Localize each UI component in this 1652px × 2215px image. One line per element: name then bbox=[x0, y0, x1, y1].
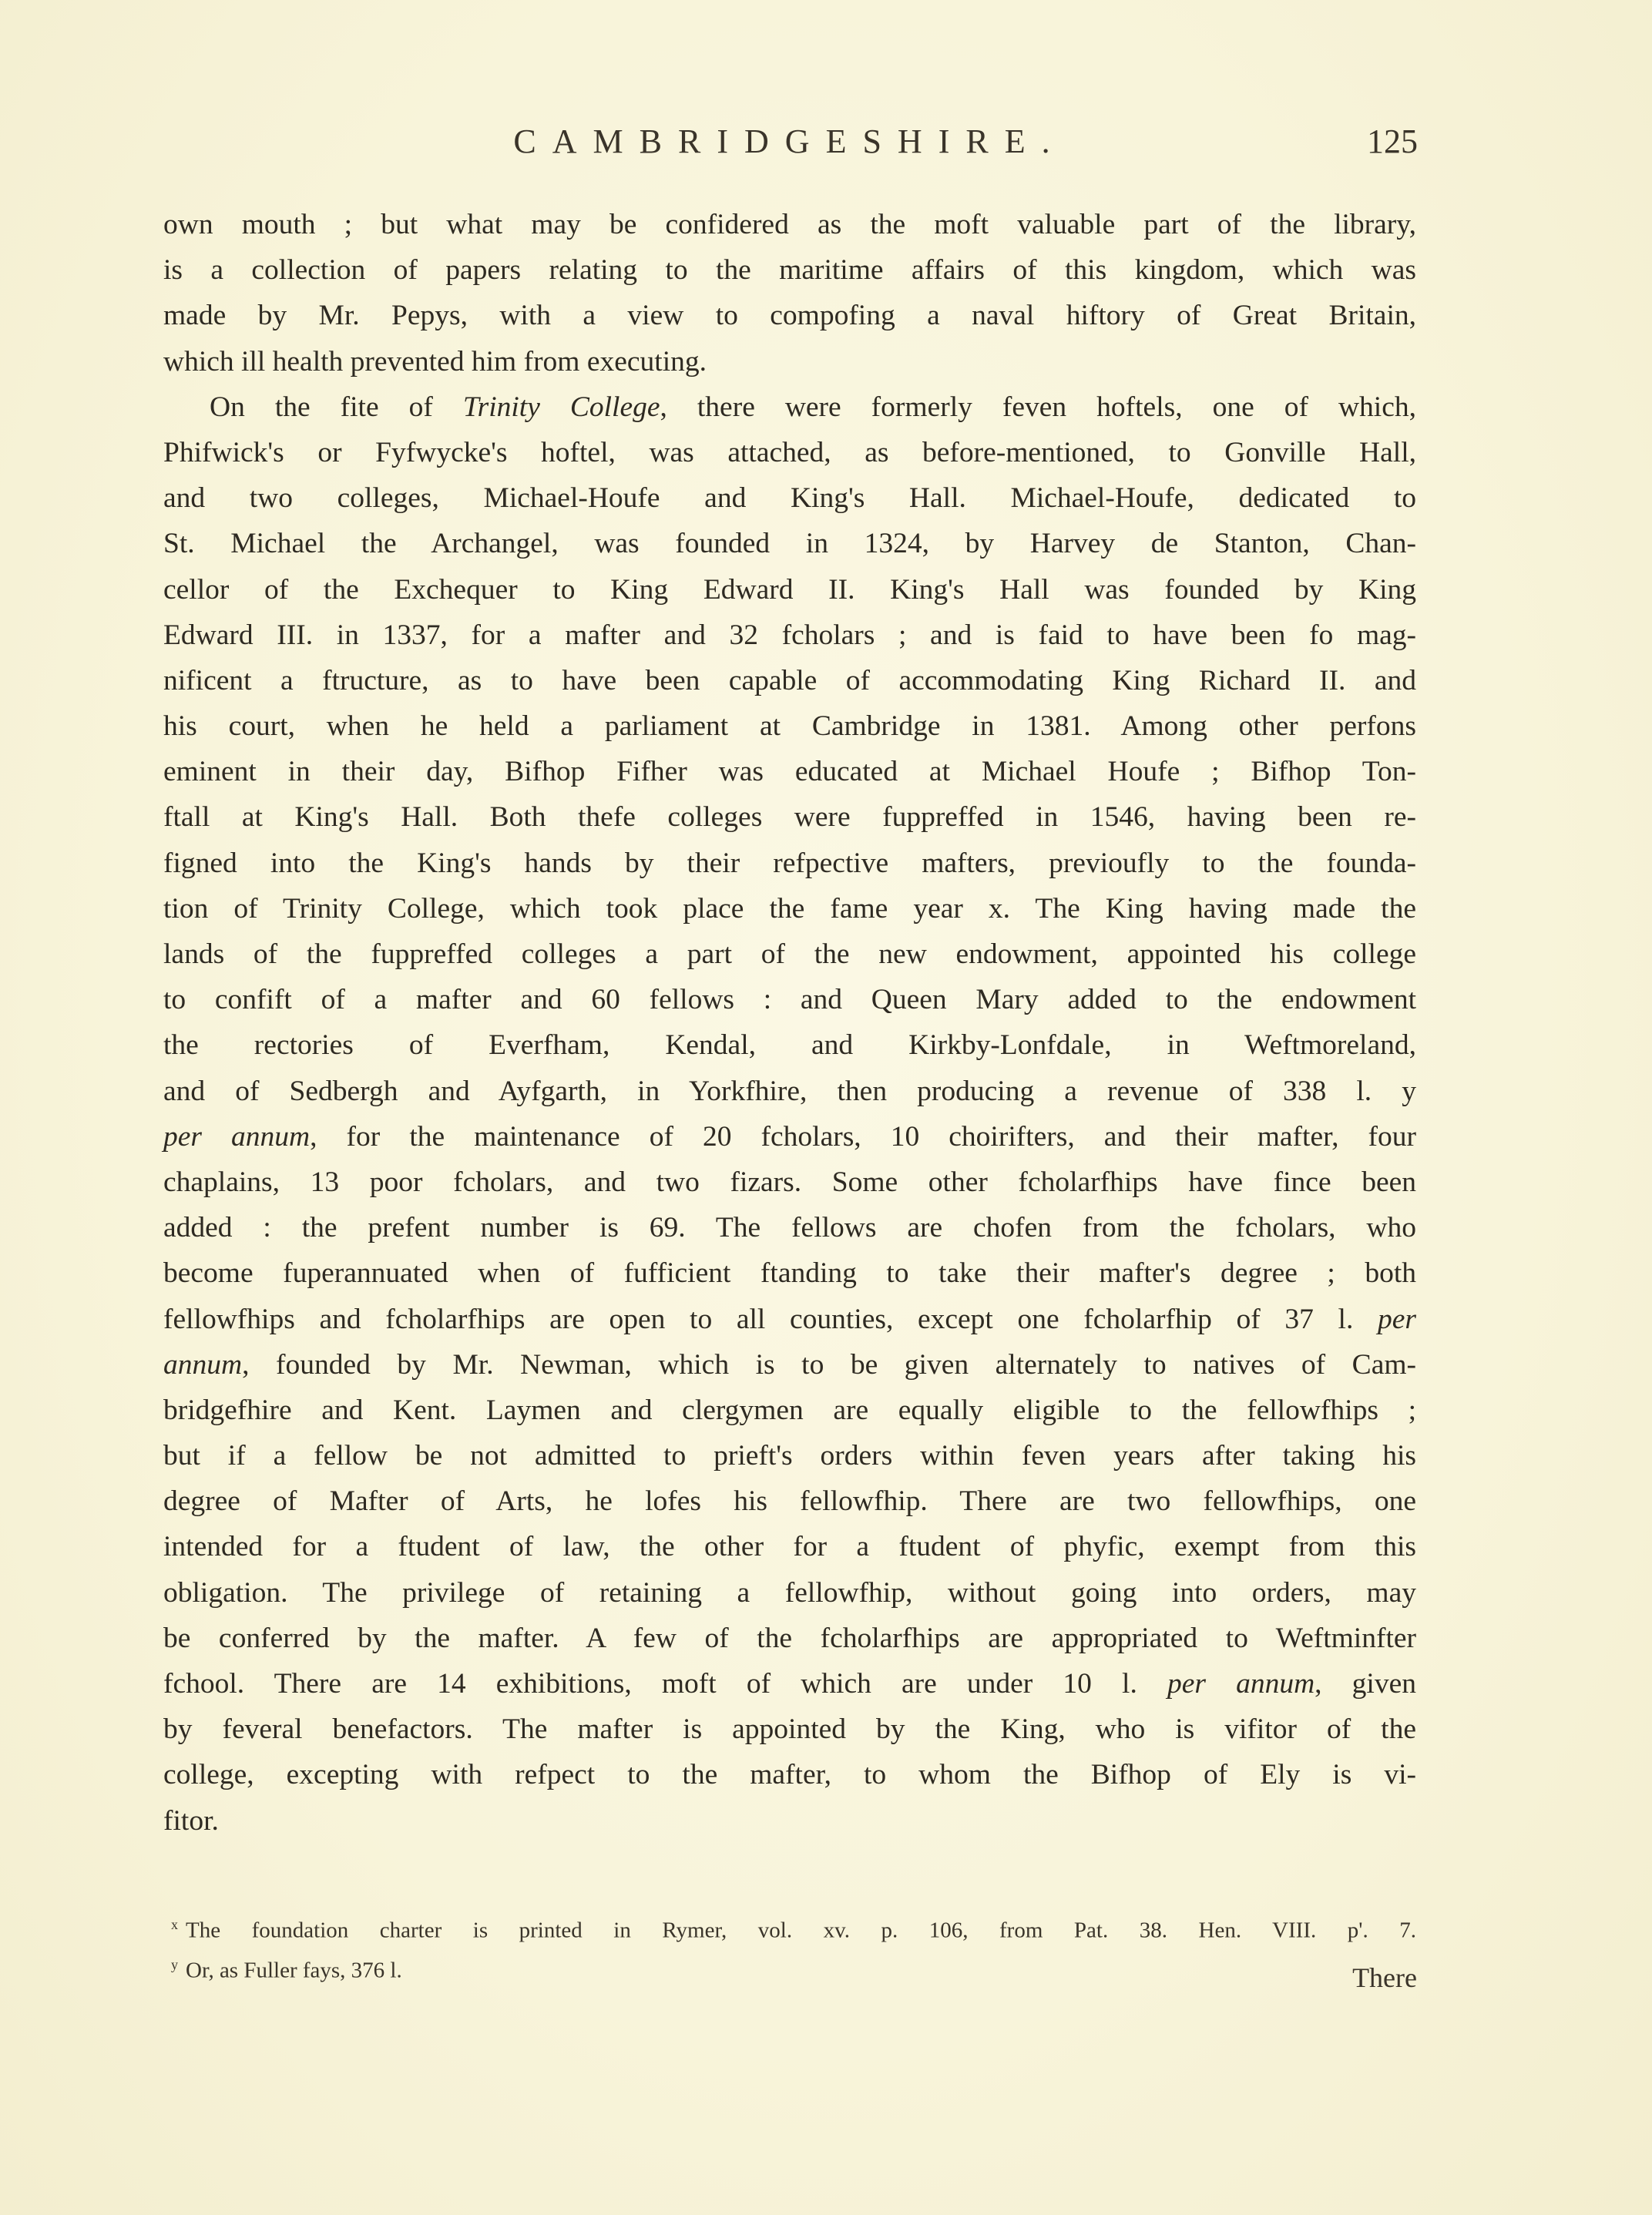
footnote-mark: y bbox=[171, 1957, 178, 1972]
line-text: Edward III. in 1337, for a mafter and 32… bbox=[163, 619, 1416, 651]
line-text: cellor of the Exchequer to King Edward I… bbox=[163, 574, 1416, 606]
text-line: by feveral benefactors. The mafter is ap… bbox=[163, 1707, 1416, 1752]
line-text: and two colleges, Michael-Houfe and King… bbox=[163, 482, 1416, 514]
line-text: figned into the King's hands by their re… bbox=[163, 847, 1416, 879]
line-text: tion of Trinity College, which took plac… bbox=[163, 893, 1416, 925]
italic-text: per bbox=[1378, 1304, 1416, 1335]
footnote-text: The foundation charter is printed in Rym… bbox=[186, 1918, 1416, 1943]
line-text: , given bbox=[1315, 1668, 1416, 1700]
text-line: eminent in their day, Bifhop Fifher was … bbox=[163, 749, 1416, 794]
text-line: be conferred by the mafter. A few of the… bbox=[163, 1616, 1416, 1661]
text-line: lands of the fuppreffed colleges a part … bbox=[163, 931, 1416, 977]
line-text: own mouth ; but what may be confidered a… bbox=[163, 209, 1416, 240]
text-line: college, excepting with refpect to the m… bbox=[163, 1752, 1416, 1797]
italic-text: per annum bbox=[1167, 1668, 1315, 1700]
line-text: Phifwick's or Fyfwycke's hoftel, was att… bbox=[163, 437, 1416, 468]
line-text: lands of the fuppreffed colleges a part … bbox=[163, 938, 1416, 970]
running-head: CAMBRIDGESHIRE. bbox=[162, 122, 1418, 161]
text-line: and of Sedbergh and Ayfgarth, in Yorkfhi… bbox=[163, 1069, 1416, 1114]
catchword: There bbox=[1352, 1962, 1417, 1994]
italic-text: Trinity College bbox=[463, 391, 660, 423]
text-line: is a collection of papers relating to th… bbox=[163, 247, 1416, 293]
text-line: but if a fellow be not admitted to prief… bbox=[163, 1433, 1416, 1478]
line-text: is a collection of papers relating to th… bbox=[163, 254, 1416, 286]
line-text: intended for a ftudent of law, the other… bbox=[163, 1531, 1416, 1562]
text-line: ftall at King's Hall. Both thefe college… bbox=[163, 794, 1416, 840]
line-text: ftall at King's Hall. Both thefe college… bbox=[163, 801, 1416, 833]
text-line: made by Mr. Pepys, with a view to compof… bbox=[163, 293, 1416, 338]
line-text: , founded by Mr. Newman, which is to be … bbox=[242, 1349, 1416, 1381]
footnote-mark: x bbox=[171, 1917, 178, 1932]
footnotes: xThe foundation charter is printed in Ry… bbox=[171, 1908, 1416, 1987]
footnote: yOr, as Fuller fays, 376 l. bbox=[171, 1948, 1416, 1988]
line-text: obligation. The privilege of retaining a… bbox=[163, 1577, 1416, 1609]
line-text: to confift of a mafter and 60 fellows : … bbox=[163, 984, 1416, 1015]
line-text: his court, when he held a parliament at … bbox=[163, 710, 1416, 742]
text-line: per annum, for the maintenance of 20 fch… bbox=[163, 1114, 1416, 1160]
text-line: and two colleges, Michael-Houfe and King… bbox=[163, 475, 1416, 521]
text-line: fitor. bbox=[163, 1798, 1416, 1844]
line-text: be conferred by the mafter. A few of the… bbox=[163, 1623, 1416, 1654]
line-text: eminent in their day, Bifhop Fifher was … bbox=[163, 756, 1416, 787]
line-text: and of Sedbergh and Ayfgarth, in Yorkfhi… bbox=[163, 1076, 1416, 1107]
line-text: chaplains, 13 poor fcholars, and two fiz… bbox=[163, 1166, 1416, 1198]
text-line: nificent a ftructure, as to have been ca… bbox=[163, 658, 1416, 703]
text-line: figned into the King's hands by their re… bbox=[163, 841, 1416, 886]
line-text: , there were formerly feven hoftels, one… bbox=[660, 391, 1416, 423]
text-line: On the fite of Trinity College, there we… bbox=[163, 384, 1416, 430]
text-line: chaplains, 13 poor fcholars, and two fiz… bbox=[163, 1160, 1416, 1205]
text-line: own mouth ; but what may be confidered a… bbox=[163, 202, 1416, 247]
line-text: the rectories of Everfham, Kendal, and K… bbox=[163, 1029, 1416, 1061]
line-text: St. Michael the Archangel, was founded i… bbox=[163, 528, 1416, 559]
text-line: St. Michael the Archangel, was founded i… bbox=[163, 521, 1416, 566]
line-text: by feveral benefactors. The mafter is ap… bbox=[163, 1713, 1416, 1745]
text-line: fchool. There are 14 exhibitions, moft o… bbox=[163, 1661, 1416, 1707]
text-line: fellowfhips and fcholarfhips are open to… bbox=[163, 1297, 1416, 1342]
line-text: which ill health prevented him from exec… bbox=[163, 346, 707, 378]
text-line: Phifwick's or Fyfwycke's hoftel, was att… bbox=[163, 430, 1416, 475]
text-line: to confift of a mafter and 60 fellows : … bbox=[163, 977, 1416, 1022]
text-line: which ill health prevented him from exec… bbox=[163, 339, 1416, 384]
line-text: fellowfhips and fcholarfhips are open to… bbox=[163, 1304, 1378, 1335]
line-text: , for the maintenance of 20 fcholars, 10… bbox=[310, 1121, 1416, 1153]
line-text: On the fite of bbox=[210, 391, 463, 423]
line-text: fitor. bbox=[163, 1805, 219, 1837]
line-text: bridgefhire and Kent. Laymen and clergym… bbox=[163, 1394, 1416, 1426]
body-text: own mouth ; but what may be confidered a… bbox=[163, 202, 1416, 1844]
text-line: his court, when he held a parliament at … bbox=[163, 703, 1416, 749]
line-text: but if a fellow be not admitted to prief… bbox=[163, 1440, 1416, 1472]
text-line: obligation. The privilege of retaining a… bbox=[163, 1570, 1416, 1616]
footnote-text: Or, as Fuller fays, 376 l. bbox=[186, 1958, 402, 1982]
line-text: degree of Mafter of Arts, he lofes his f… bbox=[163, 1485, 1416, 1517]
text-line: tion of Trinity College, which took plac… bbox=[163, 886, 1416, 931]
text-line: Edward III. in 1337, for a mafter and 32… bbox=[163, 612, 1416, 658]
line-text: added : the prefent number is 69. The fe… bbox=[163, 1212, 1416, 1243]
line-text: nificent a ftructure, as to have been ca… bbox=[163, 665, 1416, 696]
line-text: fchool. There are 14 exhibitions, moft o… bbox=[163, 1668, 1167, 1700]
text-line: added : the prefent number is 69. The fe… bbox=[163, 1205, 1416, 1250]
text-line: intended for a ftudent of law, the other… bbox=[163, 1524, 1416, 1569]
line-text: made by Mr. Pepys, with a view to compof… bbox=[163, 300, 1416, 331]
text-line: cellor of the Exchequer to King Edward I… bbox=[163, 567, 1416, 612]
text-line: annum, founded by Mr. Newman, which is t… bbox=[163, 1342, 1416, 1388]
italic-text: per annum bbox=[163, 1121, 310, 1153]
page-header: CAMBRIDGESHIRE. 125 bbox=[162, 122, 1418, 168]
italic-text: annum bbox=[163, 1349, 242, 1381]
text-line: degree of Mafter of Arts, he lofes his f… bbox=[163, 1478, 1416, 1524]
text-line: bridgefhire and Kent. Laymen and clergym… bbox=[163, 1388, 1416, 1433]
text-line: the rectories of Everfham, Kendal, and K… bbox=[163, 1022, 1416, 1068]
footnote: xThe foundation charter is printed in Ry… bbox=[171, 1908, 1416, 1948]
line-text: become fuperannuated when of fufficient … bbox=[163, 1257, 1416, 1289]
text-line: become fuperannuated when of fufficient … bbox=[163, 1250, 1416, 1296]
line-text: college, excepting with refpect to the m… bbox=[163, 1759, 1416, 1790]
page-number: 125 bbox=[1367, 122, 1418, 161]
